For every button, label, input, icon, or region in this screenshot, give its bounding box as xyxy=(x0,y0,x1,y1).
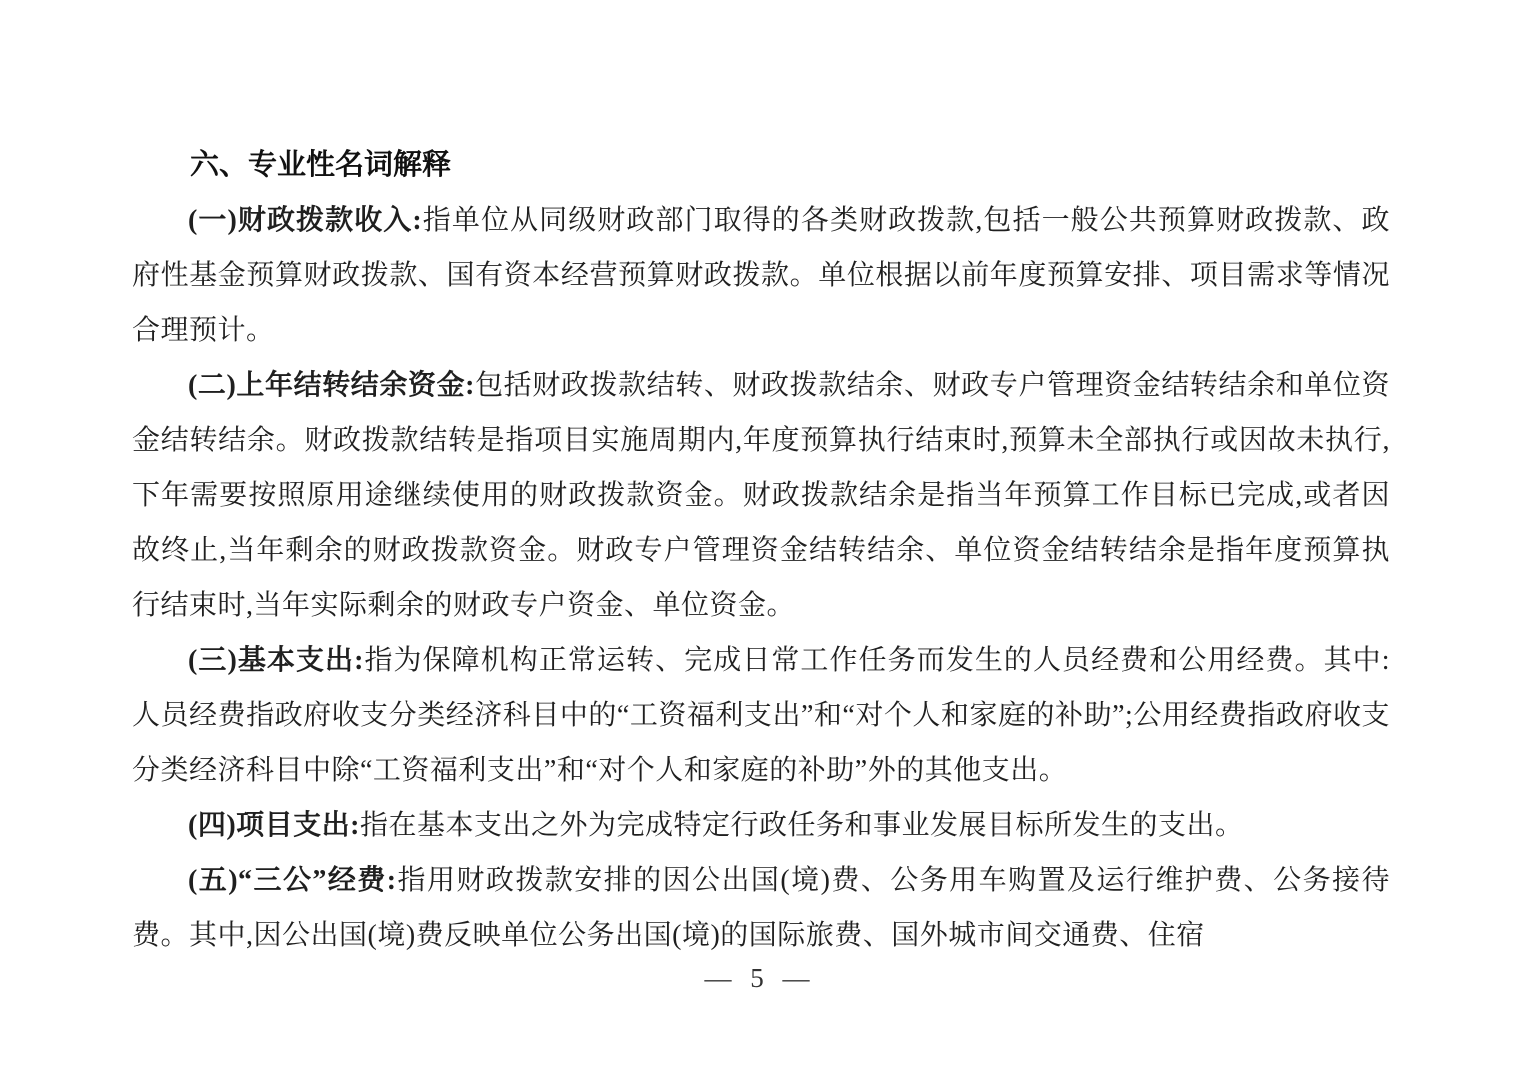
page-number: — 5 — xyxy=(0,963,1520,994)
definition-text-2: 包括财政拨款结转、财政拨款结余、财政专户管理资金结转结余和单位资金结转结余。财政… xyxy=(132,370,1390,621)
term-label-1: (一)财政拨款收入: xyxy=(188,205,422,236)
definition-paragraph-3: (三)基本支出:指为保障机构正常运转、完成日常工作任务而发生的人员经费和公用经费… xyxy=(132,633,1390,798)
definition-text-4: 指在基本支出之外为完成特定行政任务和事业发展目标所发生的支出。 xyxy=(360,810,1244,841)
term-label-5: (五)“三公”经费: xyxy=(188,865,397,896)
document-page: 六、专业性名词解释 (一)财政拨款收入:指单位从同级财政部门取得的各类财政拨款,… xyxy=(132,138,1390,963)
definition-paragraph-2: (二)上年结转结余资金:包括财政拨款结转、财政拨款结余、财政专户管理资金结转结余… xyxy=(132,358,1390,633)
term-label-3: (三)基本支出: xyxy=(188,645,364,676)
term-label-2: (二)上年结转结余资金: xyxy=(188,370,475,401)
section-title: 六、专业性名词解释 xyxy=(132,138,1390,193)
definition-paragraph-1: (一)财政拨款收入:指单位从同级财政部门取得的各类财政拨款,包括一般公共预算财政… xyxy=(132,193,1390,358)
definition-paragraph-5: (五)“三公”经费:指用财政拨款安排的因公出国(境)费、公务用车购置及运行维护费… xyxy=(132,853,1390,963)
definition-paragraph-4: (四)项目支出:指在基本支出之外为完成特定行政任务和事业发展目标所发生的支出。 xyxy=(132,798,1390,853)
term-label-4: (四)项目支出: xyxy=(188,810,360,841)
